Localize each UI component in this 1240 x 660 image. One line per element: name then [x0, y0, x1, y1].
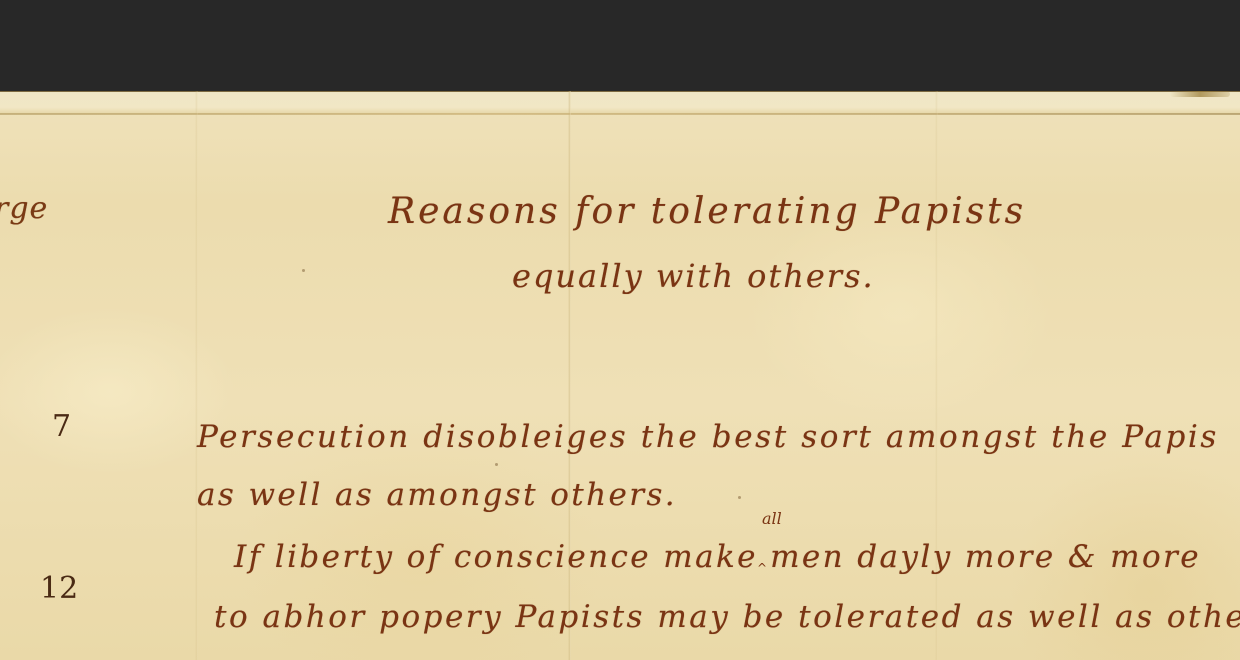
paper-stain — [1170, 91, 1230, 97]
horizontal-fold-crease — [0, 113, 1240, 115]
paper-top-edge — [0, 91, 1240, 114]
paper-speck — [738, 496, 741, 499]
entry-1-line-1: Persecution disobleiges the best sort am… — [197, 419, 1219, 455]
margin-fragment-text: rge — [0, 191, 48, 226]
entry-2-line-1: If liberty of conscience make men dayly … — [234, 539, 1201, 575]
entry-2-line-2: to abhor popery Papists may be tolerated… — [214, 599, 1240, 635]
manuscript-title-line-2: equally with others. — [512, 257, 875, 295]
viewer-top-band — [0, 0, 1240, 91]
manuscript-title-line-1: Reasons for tolerating Papists — [388, 191, 1026, 232]
margin-page-number: 12 — [40, 571, 78, 606]
paper-speck — [495, 463, 498, 466]
margin-page-number: 7 — [52, 409, 71, 444]
vertical-fold-crease — [195, 91, 198, 660]
manuscript-page: rge Reasons for tolerating Papists equal… — [0, 91, 1240, 660]
image-viewer: rge Reasons for tolerating Papists equal… — [0, 0, 1240, 660]
entry-1-line-2: as well as amongst others. — [197, 477, 677, 513]
paper-speck — [302, 269, 305, 272]
interlinear-insertion: all — [762, 509, 782, 528]
